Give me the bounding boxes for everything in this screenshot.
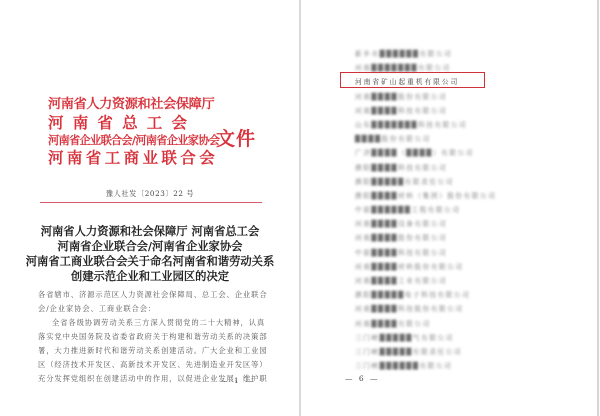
list-item: 河南████科技股份有限公司 — [355, 302, 496, 316]
list-item: 三门峡██████有限公司 — [355, 359, 496, 373]
body-line: 会/企业家协会、工商业联合会： — [38, 302, 264, 316]
list-item: 广济████（████）有限公司 — [355, 146, 496, 160]
body-line: 各省辖市、济源示范区人力资源社会保障局、总工会、企业联合 — [38, 288, 264, 302]
body-line: 落实党中央国务院及省委省政府关于构建和谐劳动关系的决策部 — [38, 330, 264, 344]
letterhead-suffix: 文件 — [216, 124, 256, 151]
list-item: 山东███████科技有限公司 — [355, 118, 496, 132]
document-number: 豫人社发〔2023〕22 号 — [0, 189, 300, 199]
page-edge — [597, 0, 599, 416]
body-line: 署，大力推进新时代和谐劳动关系创建活动。广大企业和工业园 — [38, 344, 264, 358]
list-item: 河南████股份有限公司 — [355, 90, 496, 104]
title-line: 河南省人力资源和社会保障厅 河南省总工会 — [0, 224, 300, 239]
document-body: 各省辖市、济源示范区人力资源社会保障局、总工会、企业联合 会/企业家协会、工商业… — [38, 288, 264, 386]
list-item: 濮阳█████电子科技有限公司 — [355, 288, 496, 302]
title-line: 河南省企业联合会/河南省企业家协会 — [0, 239, 300, 254]
list-item: 濮阳█████有限责任公司 — [355, 175, 496, 189]
list-item: 濮阳████科技有限公司 — [355, 161, 496, 175]
letterhead-line-2: 河南省总工会 — [48, 115, 208, 131]
red-highlight-box — [340, 72, 485, 88]
letterhead-line-3: 河南省企业联合会/河南省企业家协会 — [48, 135, 208, 146]
document-page-left: 河南省人力资源和社会保障厅 河南省总工会 河南省企业联合会/河南省企业家协会 河… — [0, 0, 300, 416]
document-title: 河南省人力资源和社会保障厅 河南省总工会 河南省企业联合会/河南省企业家协会 河… — [0, 224, 300, 284]
list-item: 濮阳████材料（集团）股份有限公司 — [355, 189, 496, 203]
letterhead-line-1: 河南省人力资源和社会保障厅 — [48, 98, 208, 111]
list-item: 河南████材料股份有限公司 — [355, 260, 496, 274]
list-item: 新乡市██████有限公司 — [355, 47, 496, 61]
list-item: 三门峡█████气有限公司 — [355, 331, 496, 345]
list-item: 河南████设备有限公司 — [355, 217, 496, 231]
title-line: 创建示范企业和工业园区的决定 — [0, 269, 300, 284]
list-item: ████股份有限公司 — [355, 132, 496, 146]
list-item: 中原████科技有限公司 — [355, 246, 496, 260]
list-item: 河南████股份有限公司 — [355, 231, 496, 245]
list-item: 河南████工业有限公司 — [355, 274, 496, 288]
letterhead-line-4: 河南省工商业联合会 — [48, 150, 208, 166]
body-line: 全省各级协调劳动关系三方深入贯彻党的二十大精神，认真 — [38, 316, 264, 330]
red-separator-rule — [40, 202, 262, 203]
list-item: 三门峡█████有限责任公司 — [355, 345, 496, 359]
body-line: 区（经济技术开发区、高新技术开发区、先进制造业开发区等） — [38, 358, 264, 372]
list-item: 河南████科技有限公司 — [355, 104, 496, 118]
list-item: 河南████有限公司 — [355, 317, 496, 331]
title-line: 河南省工商业联合会关于命名河南省和谐劳动关系 — [0, 254, 300, 269]
company-list: 新乡市██████有限公司 河南███████有限公司 河南省矿山起重机有限公司… — [355, 47, 496, 373]
list-item: 中原██████工程有限公司 — [355, 203, 496, 217]
page-number: — 6 — — [345, 374, 380, 383]
page-number: — 1 — — [220, 376, 255, 385]
red-letterhead: 河南省人力资源和社会保障厅 河南省总工会 河南省企业联合会/河南省企业家协会 河… — [48, 98, 208, 165]
